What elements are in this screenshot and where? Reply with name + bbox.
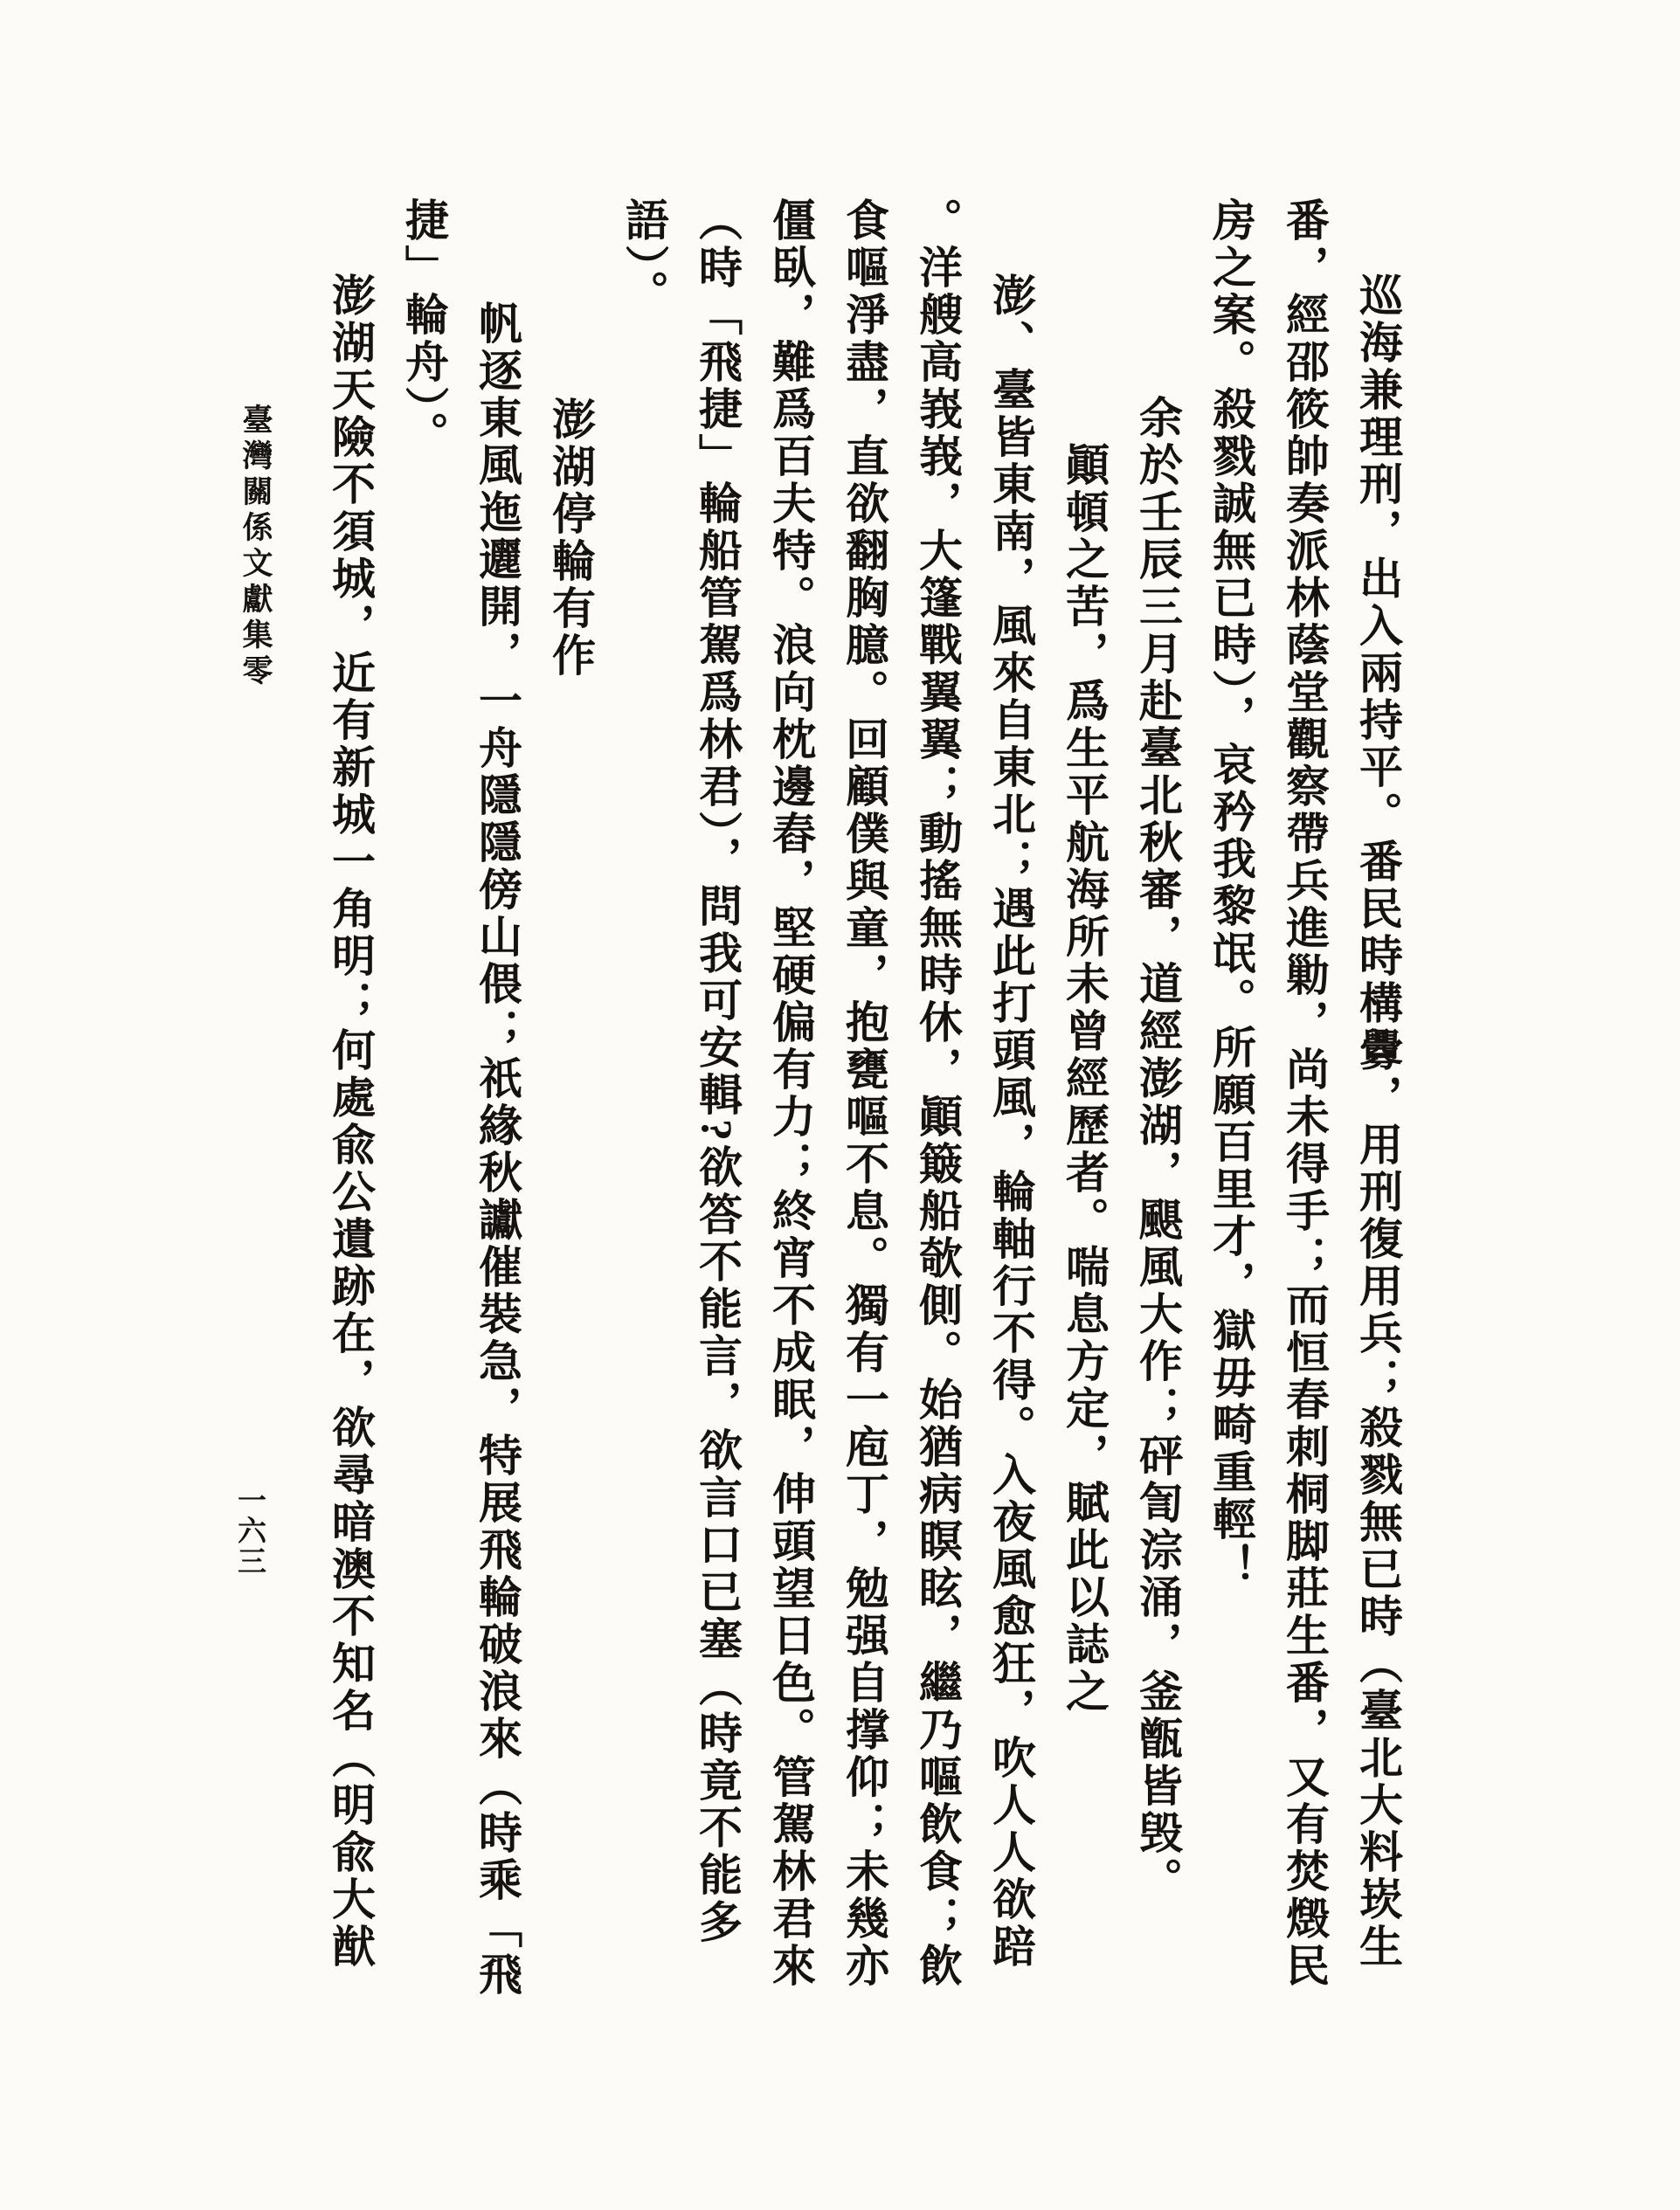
text-column: 捷」輪舟）。 (399, 197, 448, 459)
spine-title: 臺灣關係文獻集零 (239, 404, 273, 690)
text-column: 僵臥，難爲百夫特。浪向枕邊舂，堅硬偏有力；終宵不成眠，伸頭望日色。管駕林君來 (766, 197, 815, 1990)
text-column: 顚頓之苦，爲生平航海所未曾經歷者。喘息方定，賦此以誌之 (1060, 442, 1109, 1716)
text-column: 語）。 (619, 197, 668, 317)
text-column: 余於壬辰三月赴臺北秋審，道經澎湖，颶風大作；砰訇淙涌，釜甑皆毁。 (1133, 395, 1182, 1904)
text-column: 番，經邵筱帥奏派林蔭堂觀察帶兵進勦，尚未得手；而恒春刺桐脚莊生番，又有焚燬民 (1280, 197, 1329, 1990)
text-column: 食嘔淨盡，直欲翻胸臆。回顧僕與童，抱甕嘔不息。獨有一庖丁，勉强自撑仰；未幾亦 (840, 197, 888, 1990)
text-column: 澎、臺皆東南，風來自東北；遇此打頭風，輪軸行不得。入夜風愈狂，吹人人欲踣 (986, 273, 1035, 1971)
text-column: 帆逐東風迤邐開，一舟隱隱傍山偎；祇緣秋讞催裝急，特展飛輪破浪來（時乘「飛 (473, 300, 522, 1999)
page-number: 一六三 (233, 1485, 265, 1577)
text-column: 。洋艘高峩峩，大篷戰翼翼；動搖無時休，顚簸船欹側。始猶病瞑眩，繼乃嘔飲食；飲 (913, 197, 962, 1990)
text-column: （時「飛捷」輪船管駕爲林君），問我可安輯?欲答不能言，欲言口已塞（時竟不能多 (693, 197, 742, 1946)
text-column: 澎湖天險不須城，近有新城一角明；何處兪公遺跡在，欲尋暗澳不知名（明兪大猷 (326, 273, 375, 1971)
text-column: 巡海兼理刑，出入兩持平。番民時構釁，用刑復用兵；殺戮無已時（臺北大料崁生 (1353, 273, 1402, 1971)
text-column: 房之案。殺戮誠無已時），哀矜我黎氓。所願百里才，獄毋畸重輕！ (1206, 197, 1255, 1591)
scanned-page: 巡海兼理刑，出入兩持平。番民時構釁，用刑復用兵；殺戮無已時（臺北大料崁生番，經邵… (0, 0, 1680, 2210)
text-column: 澎湖停輪有作 (546, 397, 595, 680)
